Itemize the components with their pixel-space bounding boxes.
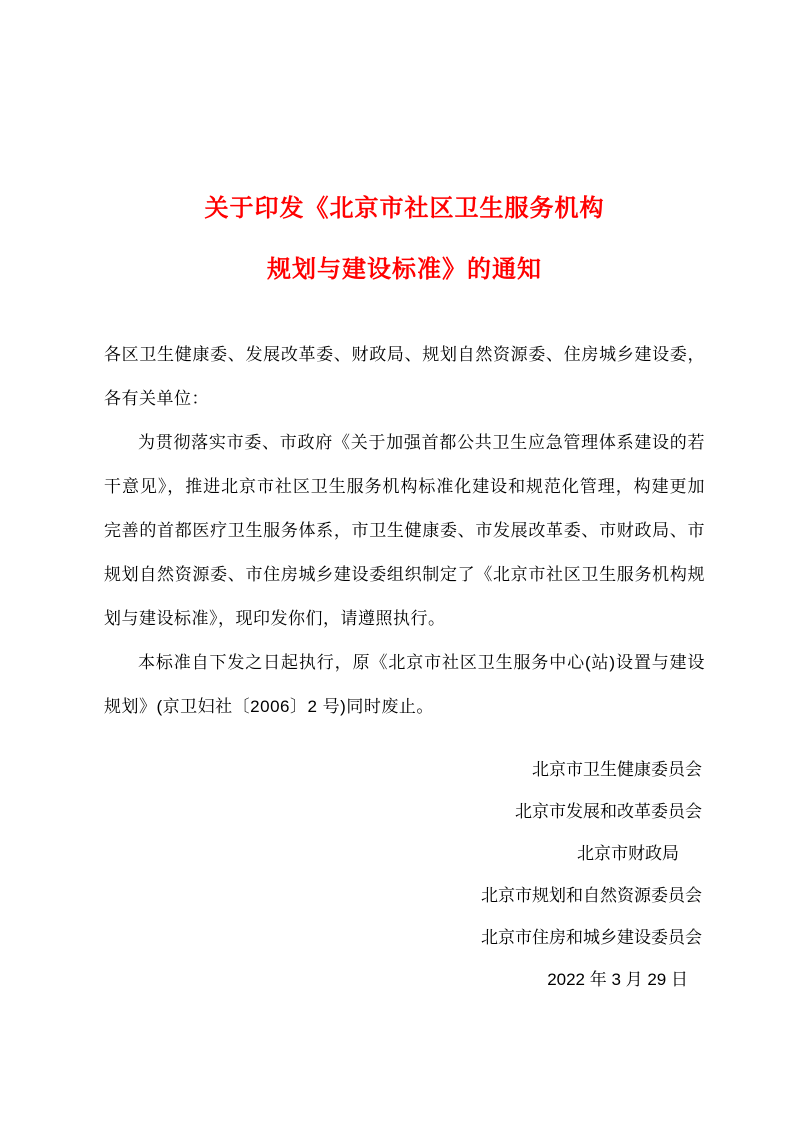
signature-line: 北京市规划和自然资源委员会 bbox=[104, 875, 705, 917]
signature-line: 北京市卫生健康委员会 bbox=[104, 749, 705, 791]
signature-line: 北京市发展和改革委员会 bbox=[104, 791, 705, 833]
document-page: 关于印发《北京市社区卫生服务机构 规划与建设标准》的通知 各区卫生健康委、发展改… bbox=[0, 0, 800, 1132]
signature-block: 北京市卫生健康委员会 北京市发展和改革委员会 北京市财政局 北京市规划和自然资源… bbox=[104, 749, 705, 1001]
signature-line: 北京市财政局 bbox=[104, 833, 705, 875]
document-title: 关于印发《北京市社区卫生服务机构 规划与建设标准》的通知 bbox=[104, 178, 705, 300]
salutation-paragraph: 各区卫生健康委、发展改革委、财政局、规划自然资源委、住房城乡建设委，各有关单位： bbox=[104, 333, 705, 421]
date-line: 2022 年 3 月 29 日 bbox=[104, 959, 705, 1001]
body-paragraph-2: 本标准自下发之日起执行，原《北京市社区卫生服务中心(站)设置与建设规划》(京卫妇… bbox=[104, 641, 705, 729]
signature-line: 北京市住房和城乡建设委员会 bbox=[104, 917, 705, 959]
document-content: 关于印发《北京市社区卫生服务机构 规划与建设标准》的通知 各区卫生健康委、发展改… bbox=[104, 0, 705, 1001]
document-body: 各区卫生健康委、发展改革委、财政局、规划自然资源委、住房城乡建设委，各有关单位：… bbox=[104, 333, 705, 729]
body-paragraph-1: 为贯彻落实市委、市政府《关于加强首都公共卫生应急管理体系建设的若干意见》，推进北… bbox=[104, 421, 705, 641]
document-title-line-1: 关于印发《北京市社区卫生服务机构 bbox=[104, 178, 705, 239]
document-title-line-2: 规划与建设标准》的通知 bbox=[104, 239, 705, 300]
